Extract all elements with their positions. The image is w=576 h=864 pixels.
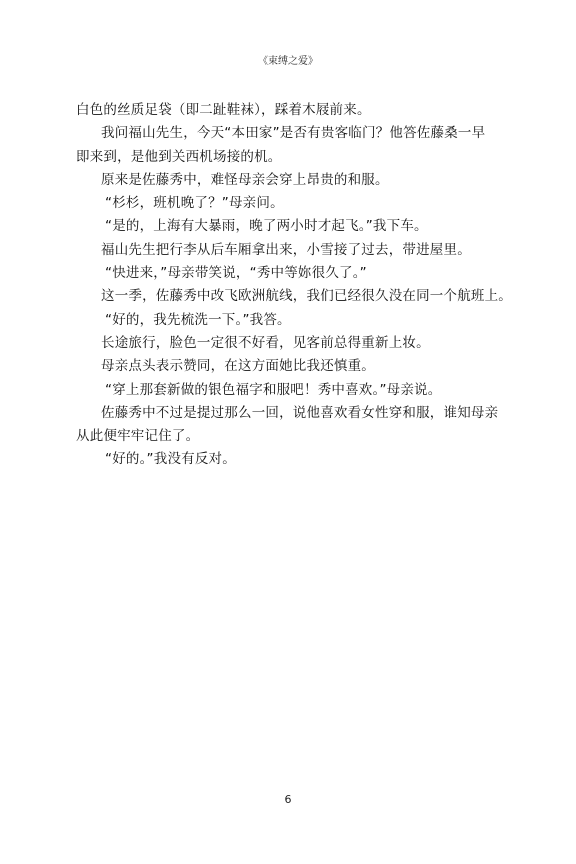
text-line: 即来到，是他到关西机场接的机。	[76, 146, 516, 169]
text-line: “杉杉，班机晚了？”母亲问。	[76, 192, 516, 215]
text-line: “穿上那套新做的银色福字和服吧！秀中喜欢。”母亲说。	[76, 379, 516, 402]
text-line: “是的，上海有大暴雨，晚了两小时才起飞。”我下车。	[76, 215, 516, 238]
text-line: “好的，我先梳洗一下。”我答。	[76, 309, 516, 332]
text-line: 我问福山先生，今天“本田家”是否有贵客临门？他答佐藤桑一早	[76, 122, 516, 145]
text-line: “快进来，”母亲带笑说，“秀中等妳很久了。”	[76, 262, 516, 285]
text-line: 原来是佐藤秀中，难怪母亲会穿上昂贵的和服。	[76, 169, 516, 192]
text-line: 福山先生把行李从后车厢拿出来，小雪接了过去，带进屋里。	[76, 239, 516, 262]
text-line: 母亲点头表示赞同，在这方面她比我还慎重。	[76, 355, 516, 378]
document-body: 白色的丝质足袋（即二趾鞋袜），踩着木屐前来。 我问福山先生，今天“本田家”是否有…	[76, 99, 516, 472]
text-line: 佐藤秀中不过是提过那么一回，说他喜欢看女性穿和服，谁知母亲	[76, 402, 516, 425]
text-line: “好的。”我没有反对。	[76, 448, 516, 471]
text-line: 从此便牢牢记住了。	[76, 425, 516, 448]
text-line: 白色的丝质足袋（即二趾鞋袜），踩着木屐前来。	[76, 99, 516, 122]
text-line: 这一季，佐藤秀中改飞欧洲航线，我们已经很久没在同一个航班上。	[76, 285, 516, 308]
running-header: 《束缚之爱》	[0, 52, 576, 67]
text-line: 长途旅行，脸色一定很不好看，见客前总得重新上妆。	[76, 332, 516, 355]
page-number: 6	[0, 793, 576, 806]
